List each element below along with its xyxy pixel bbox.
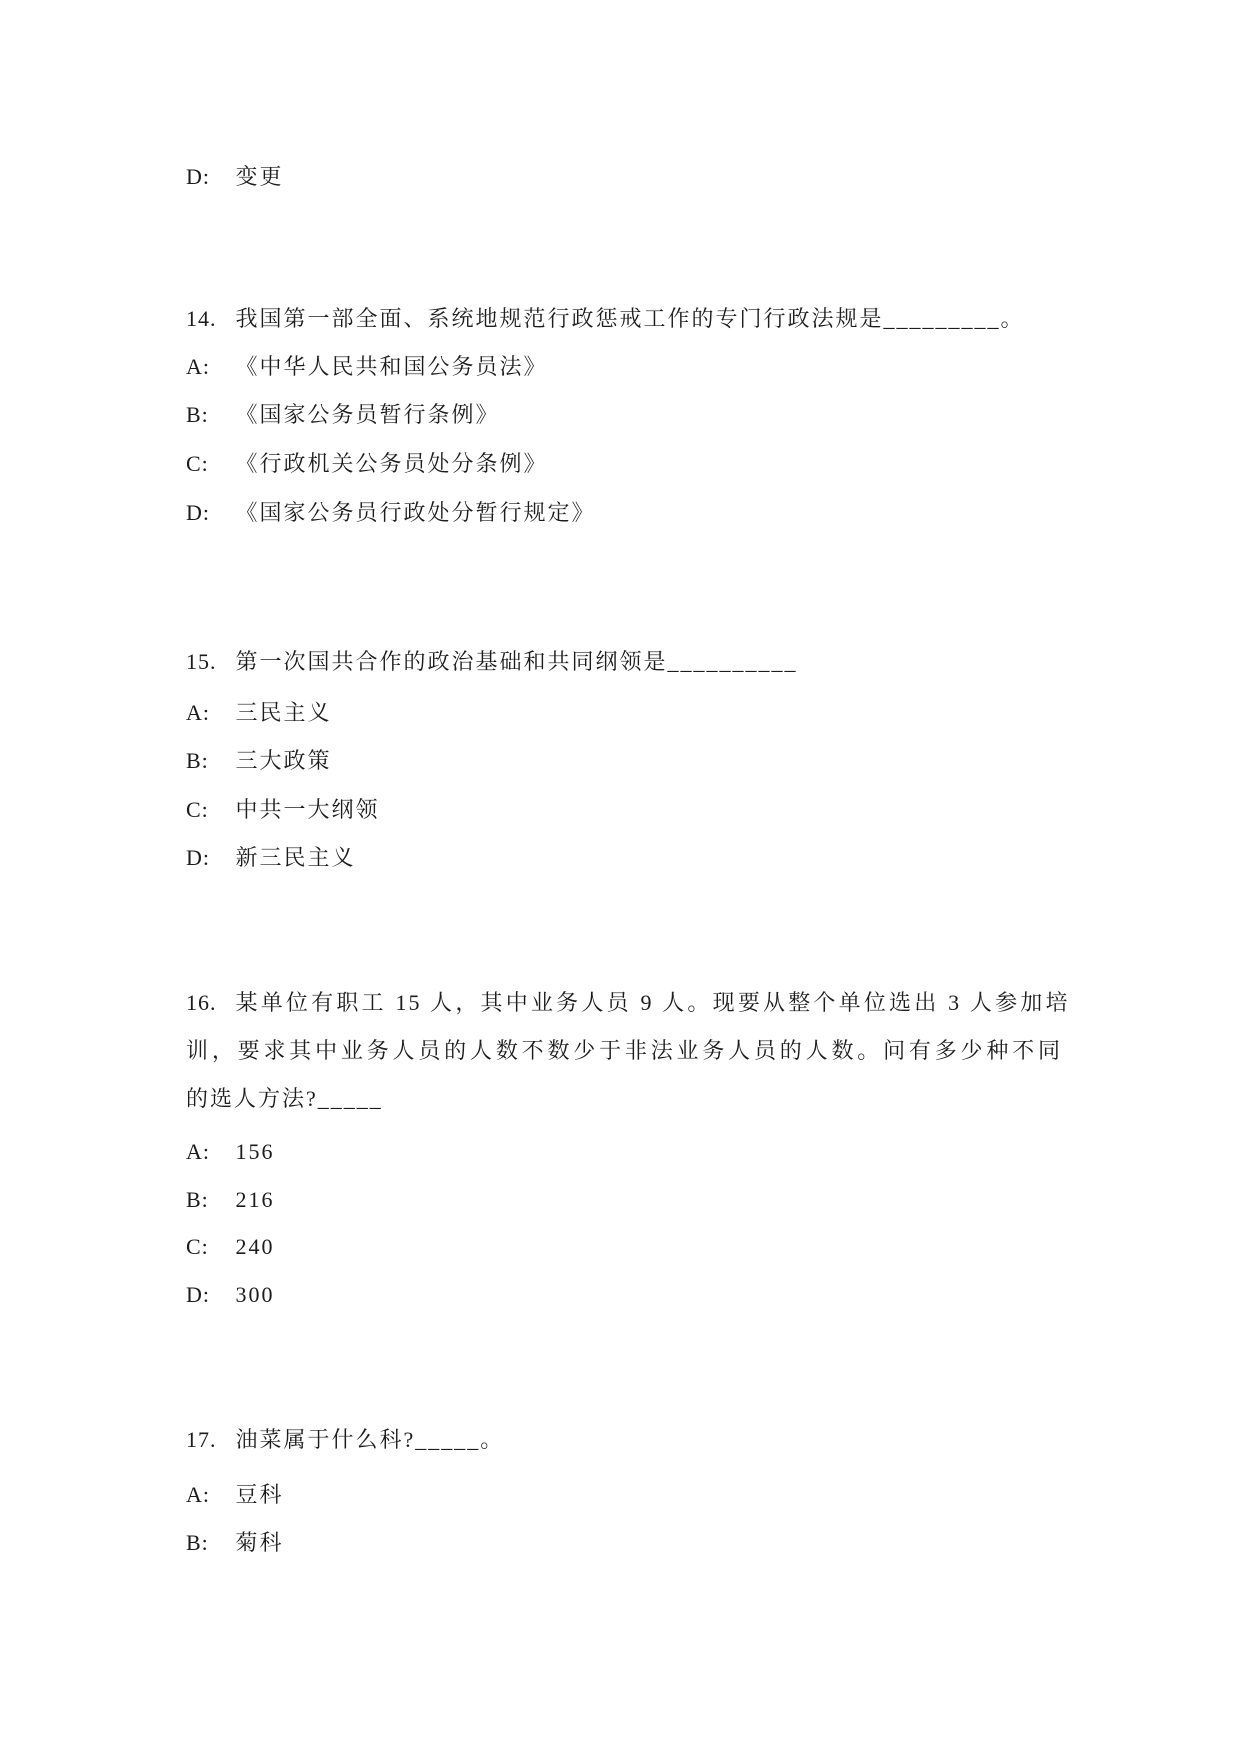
question-15-option-b-row: B: 三大政策 bbox=[186, 746, 332, 776]
option-letter: A: bbox=[186, 1480, 228, 1510]
option-text: 156 bbox=[236, 1137, 275, 1167]
question-16-option-d-row: D: 300 bbox=[186, 1280, 275, 1310]
option-text: 菊科 bbox=[236, 1528, 284, 1558]
option-text: 中共一大纲领 bbox=[236, 795, 380, 825]
option-text: 豆科 bbox=[236, 1480, 284, 1510]
question-14-option-a-row: A: 《中华人民共和国公务员法》 bbox=[186, 352, 548, 382]
option-text: 《国家公务员暂行条例》 bbox=[236, 400, 500, 430]
question-15-option-a-row: A: 三民主义 bbox=[186, 698, 332, 728]
question-text: 油菜属于什么科?_____。 bbox=[236, 1425, 505, 1455]
question-number: 17. bbox=[186, 1425, 228, 1455]
option-text: 三民主义 bbox=[236, 698, 332, 728]
option-letter: C: bbox=[186, 1232, 228, 1262]
option-letter: C: bbox=[186, 795, 228, 825]
option-letter: B: bbox=[186, 400, 228, 430]
option-text: 变更 bbox=[236, 162, 284, 192]
question-16-line-3: 的选人方法?_____ bbox=[186, 1084, 383, 1114]
option-text: 新三民主义 bbox=[236, 843, 356, 873]
option-letter: D: bbox=[186, 498, 228, 528]
option-text: 《行政机关公务员处分条例》 bbox=[236, 449, 548, 479]
question-13-option-d-row: D: 变更 bbox=[186, 162, 284, 192]
option-letter: A: bbox=[186, 698, 228, 728]
question-16-option-c-row: C: 240 bbox=[186, 1232, 275, 1262]
option-letter: B: bbox=[186, 746, 228, 776]
question-text: 我国第一部全面、系统地规范行政惩戒工作的专门行政法规是_________。 bbox=[236, 304, 1025, 334]
question-17-option-a-row: A: 豆科 bbox=[186, 1480, 284, 1510]
option-text: 三大政策 bbox=[236, 746, 332, 776]
option-text: 240 bbox=[236, 1232, 275, 1262]
question-16-row: 16. 某单位有职工 15 人，其中业务人员 9 人。现要从整个单位选出 3 人… bbox=[186, 988, 1070, 1018]
question-number: 16. bbox=[186, 988, 228, 1018]
question-15-option-c-row: C: 中共一大纲领 bbox=[186, 795, 380, 825]
question-15-row: 15. 第一次国共合作的政治基础和共同纲领是__________ bbox=[186, 647, 798, 677]
option-letter: C: bbox=[186, 449, 228, 479]
question-14-row: 14. 我国第一部全面、系统地规范行政惩戒工作的专门行政法规是_________… bbox=[186, 304, 1025, 334]
question-text: 训，要求其中业务人员的人数不数少于非法业务人员的人数。问有多少种不同 bbox=[186, 1036, 1062, 1066]
option-text: 300 bbox=[236, 1280, 275, 1310]
question-14-option-c-row: C: 《行政机关公务员处分条例》 bbox=[186, 449, 548, 479]
question-number: 14. bbox=[186, 304, 228, 334]
question-14-option-b-row: B: 《国家公务员暂行条例》 bbox=[186, 400, 500, 430]
option-text: 《国家公务员行政处分暂行规定》 bbox=[236, 498, 596, 528]
question-17-option-b-row: B: 菊科 bbox=[186, 1528, 284, 1558]
option-letter: D: bbox=[186, 843, 228, 873]
exam-document-page: D: 变更 14. 我国第一部全面、系统地规范行政惩戒工作的专门行政法规是___… bbox=[0, 0, 1240, 1753]
option-letter: B: bbox=[186, 1528, 228, 1558]
question-16-option-b-row: B: 216 bbox=[186, 1185, 275, 1215]
question-16-option-a-row: A: 156 bbox=[186, 1137, 275, 1167]
option-letter: A: bbox=[186, 1137, 228, 1167]
question-16-line-2: 训，要求其中业务人员的人数不数少于非法业务人员的人数。问有多少种不同 bbox=[186, 1036, 1062, 1066]
option-text: 216 bbox=[236, 1185, 275, 1215]
question-17-row: 17. 油菜属于什么科?_____。 bbox=[186, 1425, 504, 1455]
question-text: 的选人方法?_____ bbox=[186, 1084, 383, 1114]
option-letter: D: bbox=[186, 1280, 228, 1310]
question-15-option-d-row: D: 新三民主义 bbox=[186, 843, 356, 873]
option-text: 《中华人民共和国公务员法》 bbox=[236, 352, 548, 382]
question-text: 某单位有职工 15 人，其中业务人员 9 人。现要从整个单位选出 3 人参加培 bbox=[236, 988, 1070, 1018]
question-number: 15. bbox=[186, 647, 228, 677]
option-letter: D: bbox=[186, 162, 228, 192]
question-text: 第一次国共合作的政治基础和共同纲领是__________ bbox=[236, 647, 798, 677]
question-14-option-d-row: D: 《国家公务员行政处分暂行规定》 bbox=[186, 498, 596, 528]
option-letter: A: bbox=[186, 352, 228, 382]
option-letter: B: bbox=[186, 1185, 228, 1215]
